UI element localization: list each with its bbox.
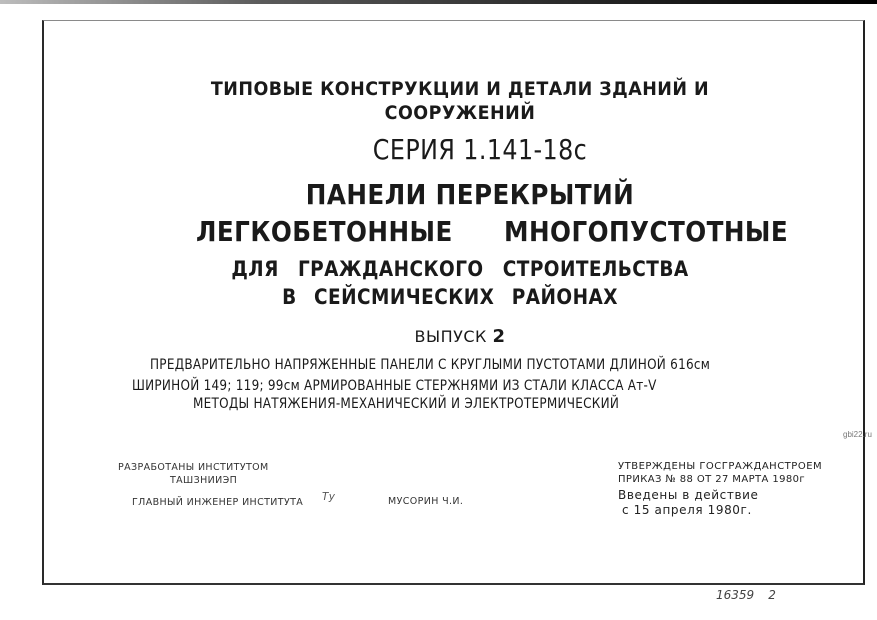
approval-line-3: Введены в действие — [618, 488, 759, 502]
title-line-1: ПАНЕЛИ ПЕРЕКРЫТИЙ — [232, 178, 707, 211]
chief-engineer-label: ГЛАВНЫЙ ИНЖЕНЕР ИНСТИТУТА — [132, 497, 303, 508]
developer-institute: ТАШЗНИИЭП — [170, 475, 237, 486]
inventory-number: 16359 — [716, 588, 754, 602]
issue: ВЫПУСК 2 — [380, 326, 540, 347]
approval-line-4: с 15 апреля 1980г. — [622, 503, 752, 517]
developer-line: РАЗРАБОТАНЫ ИНСТИТУТОМ — [118, 462, 269, 473]
footer-stamp: 163592 — [716, 588, 776, 602]
header-line-2: СООРУЖЕНИЙ — [175, 102, 745, 124]
scan-edge — [0, 0, 877, 4]
description-line-3: МЕТОДЫ НАТЯЖЕНИЯ-МЕХАНИЧЕСКИЙ И ЭЛЕКТРОТ… — [193, 396, 619, 412]
approval-line-2: ПРИКАЗ № 88 ОТ 27 МАРТА 1980г — [618, 474, 805, 485]
title-line-2: ЛЕГКОБЕТОННЫЕ МНОГОПУСТОТНЫЕ — [196, 215, 724, 248]
issue-label: ВЫПУСК — [414, 327, 486, 346]
chief-engineer-name: МУСОРИН Ч.И. — [388, 496, 463, 507]
approval-line-1: УТВЕРЖДЕНЫ ГОСГРАЖДАНСТРОЕМ — [618, 461, 822, 472]
header-line-1: ТИПОВЫЕ КОНСТРУКЦИИ И ДЕТАЛИ ЗДАНИЙ И — [175, 78, 745, 100]
title-line-4: В СЕЙСМИЧЕСКИХ РАЙОНАХ — [212, 285, 687, 309]
description-line-1: ПРЕДВАРИТЕЛЬНО НАПРЯЖЕННЫЕ ПАНЕЛИ С КРУГ… — [150, 357, 710, 373]
signature: Ту — [322, 490, 335, 503]
title-line-3: ДЛЯ ГРАЖДАНСКОГО СТРОИТЕЛЬСТВА — [214, 257, 707, 281]
series-title: СЕРИЯ 1.141-18с — [327, 133, 633, 166]
sheet-number: 2 — [768, 588, 776, 602]
watermark: gbi22.ru — [843, 430, 872, 439]
description-line-2: ШИРИНОЙ 149; 119; 99см АРМИРОВАННЫЕ СТЕР… — [132, 378, 657, 394]
issue-number: 2 — [492, 326, 505, 347]
